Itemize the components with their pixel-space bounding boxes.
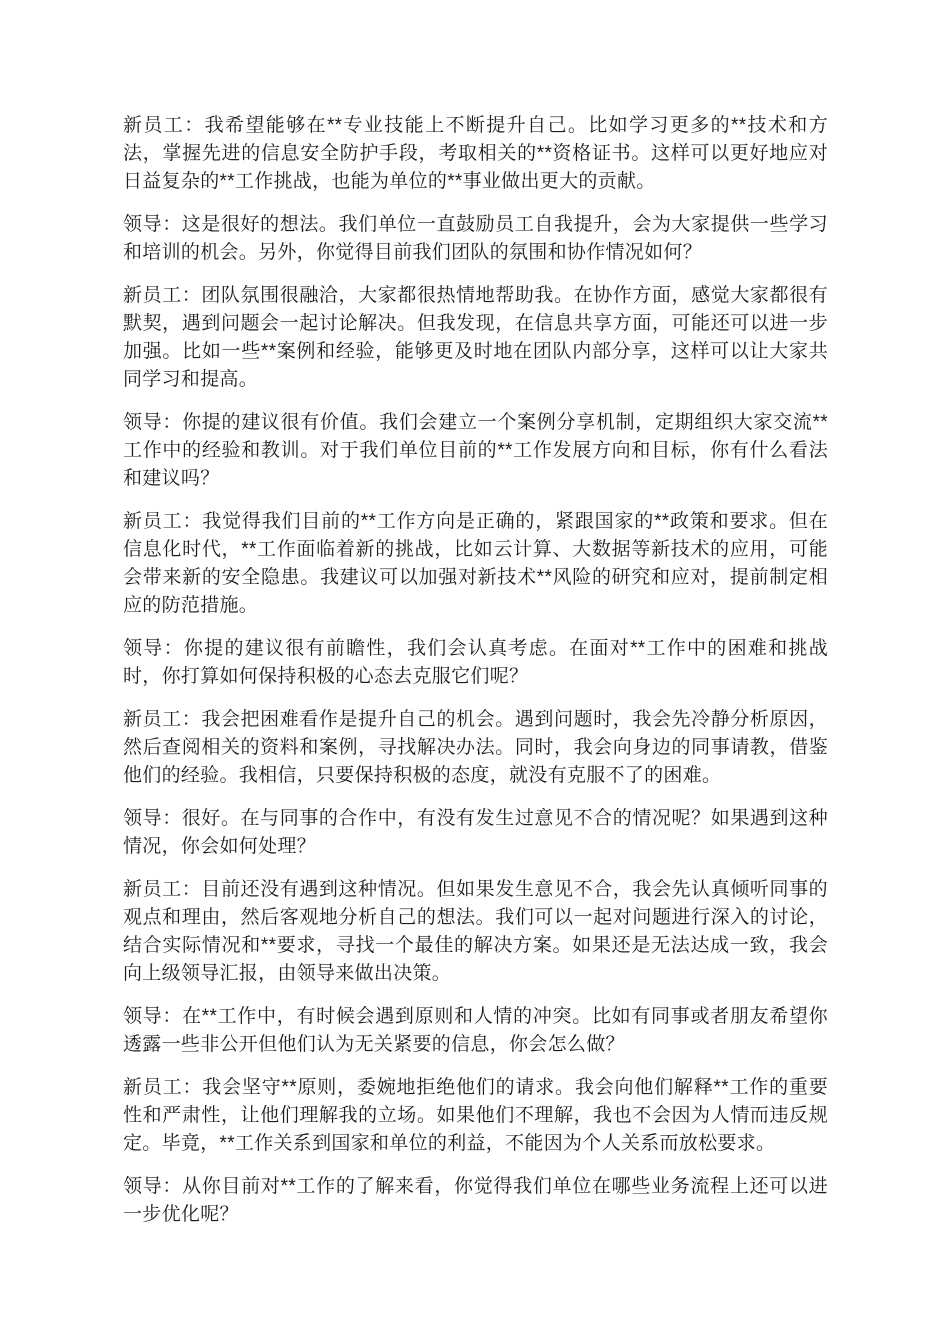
speaker-label: 新员工 [123, 511, 182, 532]
dialogue-paragraph: 新员工：我觉得我们目前的**工作方向是正确的，紧跟国家的**政策和要求。但在信息… [123, 508, 828, 620]
speaker-label: 新员工 [123, 709, 182, 730]
dialogue-paragraph: 新员工：我希望能够在**专业技能上不断提升自己。比如学习更多的**技术和方法，掌… [123, 112, 828, 196]
dialogue-paragraph: 新员工：我会把困难看作是提升自己的机会。遇到问题时，我会先冷静分析原因，然后查阅… [123, 706, 828, 790]
speaker-colon: ： [182, 285, 202, 306]
speaker-colon: ： [184, 115, 204, 136]
speaker-colon: ： [164, 638, 184, 659]
speaker-colon: ： [162, 214, 182, 235]
speaker-colon: ： [182, 879, 202, 900]
paragraph-text: 你提的建议很有价值。我们会建立一个案例分享机制，定期组织大家交流**工作中的经验… [123, 412, 828, 489]
dialogue-paragraph: 领导：你提的建议很有前瞻性，我们会认真考虑。在面对**工作中的困难和挑战时，你打… [123, 635, 828, 691]
dialogue-paragraph: 新员工：目前还没有遇到这种情况。但如果发生意见不合，我会先认真倾听同事的观点和理… [123, 876, 828, 988]
paragraph-text: 很好。在与同事的合作中，有没有发生过意见不合的情况呢？如果遇到这种情况，你会如何… [123, 808, 828, 857]
speaker-label: 领导 [123, 412, 162, 433]
paragraph-text: 目前还没有遇到这种情况。但如果发生意见不合，我会先认真倾听同事的观点和理由，然后… [123, 879, 828, 984]
speaker-label: 领导 [123, 214, 162, 235]
speaker-label: 新员工 [123, 1077, 182, 1098]
speaker-colon: ： [162, 808, 182, 829]
dialogue-paragraph: 领导：你提的建议很有价值。我们会建立一个案例分享机制，定期组织大家交流**工作中… [123, 409, 828, 493]
speaker-colon: ： [182, 511, 202, 532]
document-page: 新员工：我希望能够在**专业技能上不断提升自己。比如学习更多的**技术和方法，掌… [0, 0, 950, 1344]
dialogue-paragraph: 领导：从你目前对**工作的了解来看，你觉得我们单位在哪些业务流程上还可以进一步优… [123, 1173, 828, 1229]
paragraph-text: 我觉得我们目前的**工作方向是正确的，紧跟国家的**政策和要求。但在信息化时代，… [123, 511, 828, 616]
paragraph-text: 我会坚守**原则，委婉地拒绝他们的请求。我会向他们解释**工作的重要性和严肃性，… [123, 1077, 828, 1154]
speaker-label: 领导 [123, 808, 162, 829]
paragraph-text: 你提的建议很有前瞻性，我们会认真考虑。在面对**工作中的困难和挑战时，你打算如何… [123, 638, 828, 687]
dialogue-paragraph: 新员工：我会坚守**原则，委婉地拒绝他们的请求。我会向他们解释**工作的重要性和… [123, 1074, 828, 1158]
speaker-colon: ： [162, 1006, 182, 1027]
paragraph-text: 我会把困难看作是提升自己的机会。遇到问题时，我会先冷静分析原因，然后查阅相关的资… [123, 709, 828, 786]
paragraph-text: 这是很好的想法。我们单位一直鼓励员工自我提升，会为大家提供一些学习和培训的机会。… [123, 214, 828, 263]
dialogue-paragraph: 新员工：团队氛围很融洽，大家都很热情地帮助我。在协作方面，感觉大家都很有默契，遇… [123, 282, 828, 394]
speaker-label: 新员工 [123, 879, 182, 900]
speaker-colon: ： [182, 709, 202, 730]
speaker-colon: ： [162, 1176, 182, 1197]
dialogue-paragraph: 领导：这是很好的想法。我们单位一直鼓励员工自我提升，会为大家提供一些学习和培训的… [123, 211, 828, 267]
speaker-label: 新员工 [123, 285, 182, 306]
dialogue-paragraph: 领导：在**工作中，有时候会遇到原则和人情的冲突。比如有同事或者朋友希望你透露一… [123, 1003, 828, 1059]
dialogue-paragraph: 领导：很好。在与同事的合作中，有没有发生过意见不合的情况呢？如果遇到这种情况，你… [123, 805, 828, 861]
paragraph-text: 我希望能够在**专业技能上不断提升自己。比如学习更多的**技术和方法，掌握先进的… [123, 115, 828, 192]
speaker-label: 新员工 [123, 115, 184, 136]
paragraph-text: 在**工作中，有时候会遇到原则和人情的冲突。比如有同事或者朋友希望你透露一些非公… [123, 1006, 828, 1055]
paragraph-text: 从你目前对**工作的了解来看，你觉得我们单位在哪些业务流程上还可以进一步优化呢？ [123, 1176, 828, 1225]
speaker-label: 领导 [123, 1006, 162, 1027]
speaker-colon: ： [182, 1077, 202, 1098]
speaker-colon: ： [162, 412, 182, 433]
paragraph-text: 团队氛围很融洽，大家都很热情地帮助我。在协作方面，感觉大家都很有默契，遇到问题会… [123, 285, 828, 390]
speaker-label: 领导 [123, 1176, 162, 1197]
speaker-label: 领导 [123, 638, 164, 659]
